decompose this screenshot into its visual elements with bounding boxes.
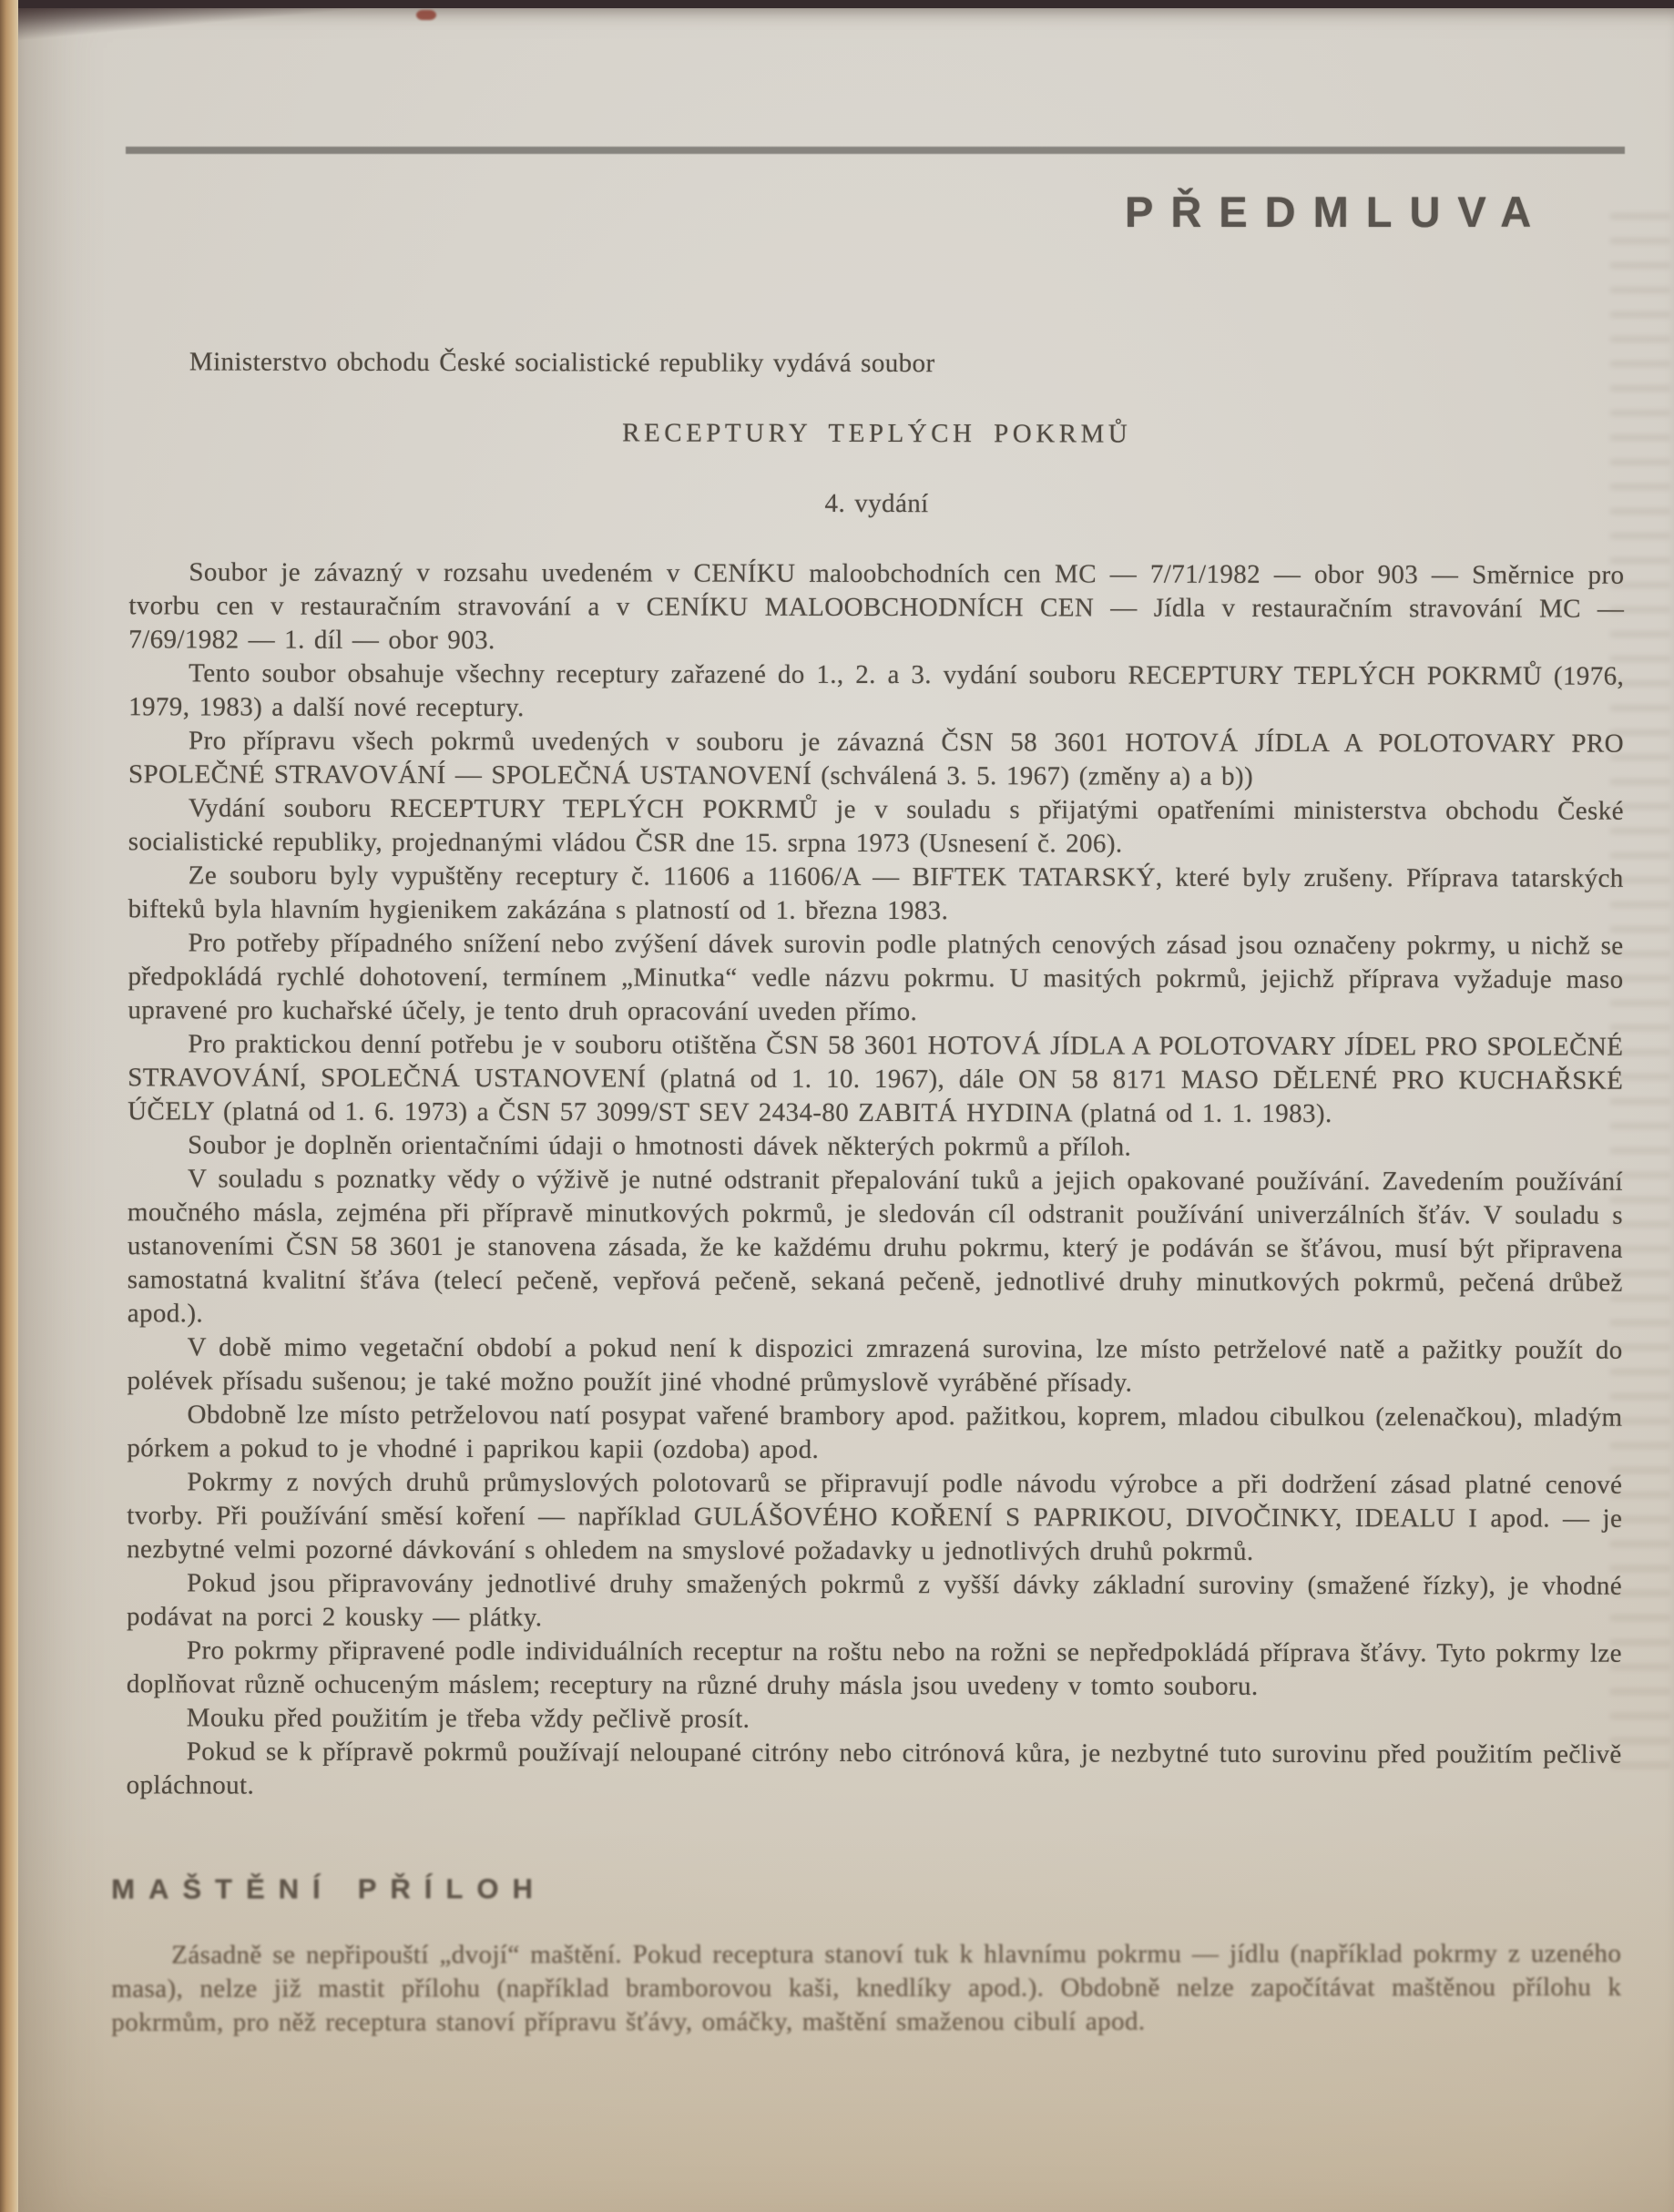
scanned-book-photo: { "document": { "heading": "PŘEDMLUVA", …	[0, 0, 1674, 2212]
paragraph: Vydání souboru RECEPTURY TEPLÝCH POKRMŮ …	[128, 791, 1624, 861]
paragraph: Pro pokrmy připravené podle individuální…	[127, 1634, 1622, 1704]
red-mark	[416, 10, 436, 20]
paragraph: Pro přípravu všech pokrmů uvedených v so…	[128, 724, 1624, 794]
section-masteni-priloh: MAŠTĚNÍ PŘÍLOH Zásadně se nepřipouští „d…	[111, 1871, 1621, 2040]
page-body: Ministerstvo obchodu České socialistické…	[126, 345, 1625, 2040]
divider-rule	[126, 147, 1625, 154]
paragraph: Soubor je doplněn orientačními údaji o h…	[128, 1128, 1623, 1165]
paragraphs: Soubor je závazný v rozsahu uvedeném v C…	[127, 556, 1625, 1805]
edition-line: 4. vydání	[129, 485, 1625, 522]
scanned-page: PŘEDMLUVA Ministerstvo obchodu České soc…	[18, 8, 1674, 2212]
paragraph: Tento soubor obsahuje všechny receptury …	[128, 657, 1624, 727]
paragraph: Pokud jsou připravovány jednotlivé druhy…	[127, 1566, 1622, 1636]
intro-line: Ministerstvo obchodu České socialistické…	[129, 345, 1625, 382]
paragraph: Pokud se k přípravě pokrmů používají nel…	[127, 1735, 1622, 1805]
book-page-edge	[0, 0, 18, 2212]
gutter-shadow	[18, 8, 410, 45]
paragraph: V době mimo vegetační období a pokud nen…	[128, 1330, 1623, 1401]
section-heading: MAŠTĚNÍ PŘÍLOH	[111, 1871, 1621, 1906]
paragraph: Pokrmy z nových druhů průmyslových polot…	[127, 1465, 1622, 1569]
paragraph: Obdobně lze místo petrželovou natí posyp…	[127, 1398, 1622, 1468]
paragraph: V souladu s poznatky vědy o výživě je nu…	[128, 1162, 1623, 1333]
page-title: PŘEDMLUVA	[1125, 187, 1548, 237]
paragraph: Ze souboru byly vypuštěny receptury č. 1…	[128, 859, 1624, 929]
series-title: RECEPTURY TEPLÝCH POKRMŮ	[129, 415, 1625, 452]
paragraph: Zásadně se nepřipouští „dvojí“ maštění. …	[111, 1937, 1621, 2040]
paragraph: Soubor je závazný v rozsahu uvedeném v C…	[128, 556, 1624, 659]
paragraph: Pro praktickou denní potřebu je v soubor…	[128, 1027, 1623, 1131]
paragraph: Pro potřeby případného snížení nebo zvýš…	[128, 926, 1623, 1030]
paragraph: Mouku před použitím je třeba vždy pečliv…	[127, 1701, 1622, 1738]
